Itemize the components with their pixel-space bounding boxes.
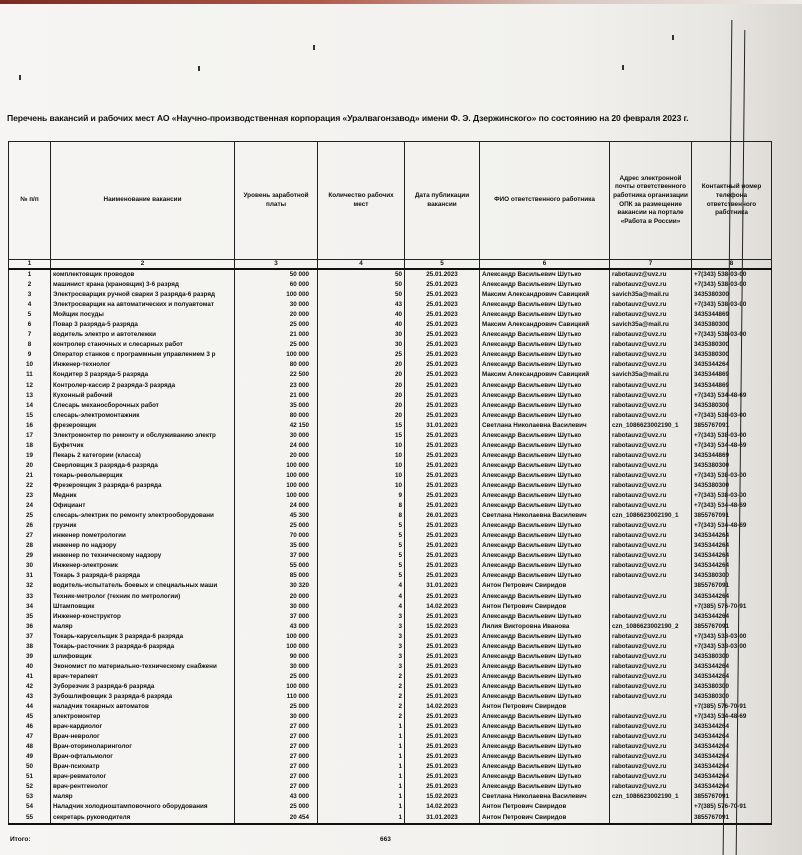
cell-salary: 24 000 (235, 501, 318, 511)
cell-phone: 3435344264 (692, 762, 772, 772)
cell-n: 3 (9, 290, 51, 300)
cell-n: 42 (9, 682, 51, 692)
cell-count: 1 (318, 772, 405, 782)
cell-date: 25.01.2023 (405, 762, 480, 772)
cell-salary: 27 000 (235, 772, 318, 782)
cell-n: 33 (9, 592, 51, 602)
cell-person: Александр Васильевич Шутько (480, 491, 610, 501)
cell-phone: 3435344264 (692, 360, 772, 370)
cell-date: 25.01.2023 (405, 551, 480, 561)
cell-email: rabotauvz@uvz.ru (610, 381, 692, 391)
cell-name: секретарь руководителя (51, 813, 235, 824)
cell-count: 50 (318, 280, 405, 290)
document-title: Перечень вакансий и рабочих мест АО «Нау… (7, 113, 802, 123)
cell-name: инженер по надзору (51, 541, 235, 551)
cell-count: 3 (318, 622, 405, 632)
cell-count: 1 (318, 792, 405, 802)
cell-phone: 3855767091 (692, 792, 772, 802)
cell-email: rabotauvz@uvz.ru (610, 632, 692, 642)
cell-salary: 100 000 (235, 290, 318, 300)
cell-phone: 3435380300 (692, 461, 772, 471)
cell-date: 25.01.2023 (405, 441, 480, 451)
cell-name: врач-ревматолог (51, 772, 235, 782)
cell-salary: 45 300 (235, 511, 318, 521)
cell-name: Токарь 3 разряда-6 разряда (51, 571, 235, 581)
cell-date: 25.01.2023 (405, 642, 480, 652)
cell-count: 10 (318, 451, 405, 461)
cell-salary: 70 000 (235, 531, 318, 541)
cell-email: rabotauvz@uvz.ru (610, 280, 692, 290)
column-number: 5 (405, 260, 480, 270)
cell-n: 17 (9, 431, 51, 441)
cell-name: комплектовщик проводов (51, 269, 235, 280)
cell-n: 54 (9, 802, 51, 812)
cell-email: rabotauvz@uvz.ru (610, 491, 692, 501)
cell-person: Александр Васильевич Шутько (480, 632, 610, 642)
cell-n: 7 (9, 330, 51, 340)
cell-phone: 3855767091 (692, 511, 772, 521)
cell-phone: 3435344264 (692, 742, 772, 752)
cell-salary: 30 000 (235, 602, 318, 612)
cell-salary: 100 000 (235, 461, 318, 471)
cell-person: Лилия Викторовна Иванова (480, 622, 610, 632)
cell-email: rabotauvz@uvz.ru (610, 541, 692, 551)
cell-email: czn_1086623002190_1 (610, 421, 692, 431)
column-header: № п/п (9, 142, 51, 260)
cell-email: rabotauvz@uvz.ru (610, 592, 692, 602)
cell-phone: 3435380300 (692, 350, 772, 360)
column-header: Количество рабочих мест (318, 142, 405, 260)
cell-person: Александр Васильевич Шутько (480, 451, 610, 461)
cell-date: 25.01.2023 (405, 471, 480, 481)
cell-person: Александр Васильевич Шутько (480, 612, 610, 622)
column-number-row: 1 2 3 4 5 6 7 8 (9, 260, 772, 270)
cell-n: 41 (9, 672, 51, 682)
cell-n: 1 (9, 269, 51, 280)
cell-person: Александр Васильевич Шутько (480, 391, 610, 401)
cell-count: 40 (318, 320, 405, 330)
cell-email (610, 581, 692, 591)
cell-phone: 3855767091 (692, 813, 772, 824)
cell-count: 20 (318, 381, 405, 391)
cell-name: Повар 3 разряда-5 разряда (51, 320, 235, 330)
cell-n: 19 (9, 451, 51, 461)
cell-date: 25.01.2023 (405, 742, 480, 752)
table-row: 7водитель электро и автотележки21 000302… (9, 330, 772, 340)
cell-date: 25.01.2023 (405, 752, 480, 762)
cell-person: Александр Васильевич Шутько (480, 350, 610, 360)
cell-n: 5 (9, 310, 51, 320)
cell-n: 44 (9, 702, 51, 712)
cell-n: 49 (9, 752, 51, 762)
column-number: 6 (480, 260, 610, 270)
cell-person: Александр Васильевич Шутько (480, 772, 610, 782)
cell-phone: +7(343) 534-48-69 (692, 712, 772, 722)
cell-phone: +7(343) 538-03-00 (692, 471, 772, 481)
cell-name: Электросварщик ручной сварки 3 разряда-6… (51, 290, 235, 300)
cell-n: 6 (9, 320, 51, 330)
cell-phone: 3435344264 (692, 782, 772, 792)
cell-date: 25.01.2023 (405, 310, 480, 320)
cell-email: czn_1086623002190_1 (610, 792, 692, 802)
cell-phone: 3435380300 (692, 571, 772, 581)
cell-count: 8 (318, 511, 405, 521)
cell-count: 1 (318, 732, 405, 742)
cell-email: rabotauvz@uvz.ru (610, 451, 692, 461)
cell-salary: 27 000 (235, 732, 318, 742)
cell-name: наладчик токарных автоматов (51, 702, 235, 712)
cell-salary: 100 000 (235, 491, 318, 501)
cell-phone: +7(343) 534-48-69 (692, 521, 772, 531)
cell-n: 27 (9, 531, 51, 541)
cell-name: водитель электро и автотележки (51, 330, 235, 340)
cell-salary: 20 000 (235, 592, 318, 602)
cell-date: 25.01.2023 (405, 381, 480, 391)
cell-email: rabotauvz@uvz.ru (610, 471, 692, 481)
cell-count: 1 (318, 752, 405, 762)
cell-person: Александр Васильевич Шутько (480, 541, 610, 551)
cell-person: Александр Васильевич Шутько (480, 551, 610, 561)
cell-date: 25.01.2023 (405, 672, 480, 682)
cell-person: Александр Васильевич Шутько (480, 742, 610, 752)
cell-name: инженер по техническому надзору (51, 551, 235, 561)
cell-date: 25.01.2023 (405, 269, 480, 280)
cell-email: rabotauvz@uvz.ru (610, 391, 692, 401)
table-row: 26грузчик25 000525.01.2023Александр Васи… (9, 521, 772, 531)
column-header: Дата публикации вакансии (405, 142, 480, 260)
scan-speck (313, 45, 315, 50)
cell-name: электромонтер (51, 712, 235, 722)
cell-salary: 27 000 (235, 722, 318, 732)
cell-date: 25.01.2023 (405, 652, 480, 662)
cell-n: 25 (9, 511, 51, 521)
table-row: 10Инженер-технолог80 0002025.01.2023Алек… (9, 360, 772, 370)
cell-n: 18 (9, 441, 51, 451)
cell-person: Александр Васильевич Шутько (480, 531, 610, 541)
cell-count: 1 (318, 722, 405, 732)
cell-count: 5 (318, 561, 405, 571)
cell-person: Максим Александрович Савицкий (480, 320, 610, 330)
cell-date: 25.01.2023 (405, 360, 480, 370)
cell-count: 20 (318, 360, 405, 370)
cell-email: savich35a@mail.ru (610, 370, 692, 380)
column-header: ФИО ответственного работника (480, 142, 610, 260)
scan-speck (198, 66, 200, 71)
table-row: 23Медник100 000925.01.2023Александр Васи… (9, 491, 772, 501)
cell-email: rabotauvz@uvz.ru (610, 662, 692, 672)
cell-date: 25.01.2023 (405, 612, 480, 622)
cell-date: 25.01.2023 (405, 571, 480, 581)
table-row: 41врач-терапевт25 000225.01.2023Александ… (9, 672, 772, 682)
cell-person: Антон Петрович Свиридов (480, 702, 610, 712)
table-header-row: № п/п Наименование вакансии Уровень зара… (9, 142, 772, 260)
cell-salary: 21 000 (235, 330, 318, 340)
cell-n: 14 (9, 401, 51, 411)
cell-phone: 3435344264 (692, 541, 772, 551)
cell-n: 30 (9, 561, 51, 571)
cell-person: Антон Петрович Свиридов (480, 581, 610, 591)
cell-count: 43 (318, 300, 405, 310)
cell-email: rabotauvz@uvz.ru (610, 401, 692, 411)
cell-person: Александр Васильевич Шутько (480, 471, 610, 481)
cell-n: 38 (9, 642, 51, 652)
table-row: 24Официант24 000825.01.2023Александр Вас… (9, 501, 772, 511)
cell-salary: 80 000 (235, 360, 318, 370)
cell-n: 11 (9, 370, 51, 380)
cell-count: 1 (318, 762, 405, 772)
cell-count: 1 (318, 802, 405, 812)
cell-salary: 100 000 (235, 632, 318, 642)
cell-email: rabotauvz@uvz.ru (610, 742, 692, 752)
table-row: 5Мойщик посуды20 0004025.01.2023Александ… (9, 310, 772, 320)
table-row: 21токарь-револьверщик100 0001025.01.2023… (9, 471, 772, 481)
cell-person: Александр Васильевич Шутько (480, 692, 610, 702)
cell-n: 35 (9, 612, 51, 622)
cell-name: фрезеровщик (51, 421, 235, 431)
cell-phone: 3435380300 (692, 401, 772, 411)
cell-email (610, 602, 692, 612)
cell-email: rabotauvz@uvz.ru (610, 612, 692, 622)
cell-person: Александр Васильевич Шутько (480, 782, 610, 792)
cell-n: 23 (9, 491, 51, 501)
table-row: 25слесарь-электрик по ремонту электрообо… (9, 511, 772, 521)
table-row: 9Оператор станков с программным управлен… (9, 350, 772, 360)
cell-email (610, 702, 692, 712)
cell-email: rabotauvz@uvz.ru (610, 571, 692, 581)
cell-salary: 27 000 (235, 762, 318, 772)
cell-date: 14.02.2023 (405, 802, 480, 812)
column-header: Контактный номер телефона ответственного… (692, 142, 772, 260)
cell-n: 13 (9, 391, 51, 401)
cell-date: 25.01.2023 (405, 350, 480, 360)
cell-date: 25.01.2023 (405, 592, 480, 602)
table-row: 16фрезеровщик42 1501531.01.2023Светлана … (9, 421, 772, 431)
cell-email: rabotauvz@uvz.ru (610, 682, 692, 692)
cell-count: 4 (318, 581, 405, 591)
cell-date: 25.01.2023 (405, 682, 480, 692)
cell-n: 4 (9, 300, 51, 310)
column-number: 3 (235, 260, 318, 270)
cell-person: Александр Васильевич Шутько (480, 722, 610, 732)
cell-phone: 3435344264 (692, 662, 772, 672)
cell-phone: 3435380300 (692, 340, 772, 350)
cell-person: Александр Васильевич Шутько (480, 652, 610, 662)
cell-email: rabotauvz@uvz.ru (610, 722, 692, 732)
cell-salary: 25 000 (235, 672, 318, 682)
cell-phone: 3435380300 (692, 692, 772, 702)
cell-name: машинист крана (крановщик) 3-6 разряд (51, 280, 235, 290)
cell-email: rabotauvz@uvz.ru (610, 561, 692, 571)
cell-name: Врач-офтальмолог (51, 752, 235, 762)
cell-name: контролер станочных и слесарных работ (51, 340, 235, 350)
cell-name: Штамповщик (51, 602, 235, 612)
cell-count: 9 (318, 491, 405, 501)
cell-name: маляр (51, 622, 235, 632)
cell-date: 25.01.2023 (405, 451, 480, 461)
cell-n: 40 (9, 662, 51, 672)
table-row: 19Пекарь 2 категории (класса)20 0001025.… (9, 451, 772, 461)
cell-n: 53 (9, 792, 51, 802)
cell-name: грузчик (51, 521, 235, 531)
cell-n: 8 (9, 340, 51, 350)
cell-person: Александр Васильевич Шутько (480, 401, 610, 411)
cell-date: 25.01.2023 (405, 370, 480, 380)
cell-name: Официант (51, 501, 235, 511)
cell-date: 25.01.2023 (405, 692, 480, 702)
cell-phone: 3435344264 (692, 722, 772, 732)
cell-phone: +7(343) 538-03-00 (692, 642, 772, 652)
cell-email: rabotauvz@uvz.ru (610, 461, 692, 471)
cell-phone: +7(343) 538-03-00 (692, 491, 772, 501)
page-edge (0, 0, 802, 4)
table-row: 37Токарь-карусельщик 3 разряда-6 разряда… (9, 632, 772, 642)
cell-salary: 80 000 (235, 411, 318, 421)
total-value: 663 (380, 836, 391, 843)
cell-count: 1 (318, 742, 405, 752)
cell-n: 26 (9, 521, 51, 531)
cell-salary: 25 000 (235, 802, 318, 812)
cell-person: Антон Петрович Свиридов (480, 802, 610, 812)
cell-date: 25.01.2023 (405, 461, 480, 471)
cell-salary: 85 000 (235, 571, 318, 581)
cell-name: Токарь-карусельщик 3 разряда-6 разряда (51, 632, 235, 642)
cell-phone: 3435380300 (692, 682, 772, 692)
cell-phone: 3435344869 (692, 381, 772, 391)
cell-person: Александр Васильевич Шутько (480, 280, 610, 290)
cell-salary: 21 000 (235, 391, 318, 401)
table-row: 51врач-ревматолог27 000125.01.2023Алекса… (9, 772, 772, 782)
cell-date: 14.02.2023 (405, 602, 480, 612)
table-row: 13Кухонный рабочий21 0002025.01.2023Алек… (9, 391, 772, 401)
table-row: 52врач-рентгенолог27 000125.01.2023Алекс… (9, 782, 772, 792)
cell-n: 55 (9, 813, 51, 824)
cell-count: 5 (318, 551, 405, 561)
cell-email: savich35a@mail.ru (610, 290, 692, 300)
cell-person: Максим Александрович Савицкий (480, 290, 610, 300)
cell-phone: +7(343) 538-03-00 (692, 300, 772, 310)
cell-date: 31.01.2023 (405, 813, 480, 824)
cell-n: 34 (9, 602, 51, 612)
cell-phone: +7(343) 538-03-00 (692, 330, 772, 340)
column-number: 2 (51, 260, 235, 270)
cell-email: rabotauvz@uvz.ru (610, 481, 692, 491)
table-row: 14Слесарь механосборочных работ35 000202… (9, 401, 772, 411)
cell-phone: 3435344264 (692, 732, 772, 742)
cell-email: czn_1086623002190_1 (610, 511, 692, 521)
table-row: 20Сверловщик 3 разряда-6 разряда100 0001… (9, 461, 772, 471)
cell-date: 15.02.2023 (405, 622, 480, 632)
cell-phone: +7(343) 538-03-00 (692, 280, 772, 290)
table-row: 39шлифовщик90 000325.01.2023Александр Ва… (9, 652, 772, 662)
cell-email: rabotauvz@uvz.ru (610, 360, 692, 370)
cell-name: Мойщик посуды (51, 310, 235, 320)
cell-n: 51 (9, 772, 51, 782)
column-number: 7 (610, 260, 692, 270)
column-number: 8 (692, 260, 772, 270)
cell-salary: 43 000 (235, 622, 318, 632)
cell-name: Зубошлифовщик 3 разряда-6 разряда (51, 692, 235, 702)
cell-date: 25.01.2023 (405, 772, 480, 782)
table-row: 53маляр43 000115.02.2023Светлана Николае… (9, 792, 772, 802)
cell-salary: 27 000 (235, 752, 318, 762)
cell-phone: +7(343) 534-48-69 (692, 391, 772, 401)
table-row: 40Экономист по материально-техническому … (9, 662, 772, 672)
cell-n: 9 (9, 350, 51, 360)
cell-salary: 30 000 (235, 300, 318, 310)
cell-count: 5 (318, 571, 405, 581)
cell-n: 37 (9, 632, 51, 642)
cell-count: 3 (318, 642, 405, 652)
cell-phone: 3435344264 (692, 752, 772, 762)
table-row: 22Фрезеровщик 3 разряда-6 разряда100 000… (9, 481, 772, 491)
cell-person: Александр Васильевич Шутько (480, 269, 610, 280)
cell-phone: +7(385) 576-70-91 (692, 802, 772, 812)
cell-phone: +7(343) 534-48-69 (692, 501, 772, 511)
table-row: 31Токарь 3 разряда-6 разряда85 000525.01… (9, 571, 772, 581)
cell-date: 25.01.2023 (405, 431, 480, 441)
cell-name: Буфетчик (51, 441, 235, 451)
cell-date: 31.01.2023 (405, 421, 480, 431)
cell-person: Антон Петрович Свиридов (480, 813, 610, 824)
cell-name: водитель-испытатель боевых и специальных… (51, 581, 235, 591)
table-row: 15слесарь-электромонтажник80 0002025.01.… (9, 411, 772, 421)
table-body: 1комплектовщик проводов50 0005025.01.202… (9, 269, 772, 824)
cell-name: Кондитер 3 разряда-5 разряда (51, 370, 235, 380)
table-row: 49Врач-офтальмолог27 000125.01.2023Алекс… (9, 752, 772, 762)
cell-phone: +7(343) 534-48-69 (692, 441, 772, 451)
cell-count: 25 (318, 350, 405, 360)
cell-salary: 100 000 (235, 350, 318, 360)
cell-salary: 25 000 (235, 340, 318, 350)
cell-date: 25.01.2023 (405, 401, 480, 411)
cell-email: rabotauvz@uvz.ru (610, 411, 692, 421)
cell-date: 25.01.2023 (405, 411, 480, 421)
cell-n: 2 (9, 280, 51, 290)
cell-name: слесарь-электромонтажник (51, 411, 235, 421)
cell-name: Экономист по материально-техническому сн… (51, 662, 235, 672)
cell-name: маляр (51, 792, 235, 802)
cell-email (610, 802, 692, 812)
scan-speck (622, 65, 624, 70)
cell-phone: 3855767091 (692, 581, 772, 591)
cell-date: 25.01.2023 (405, 531, 480, 541)
cell-person: Александр Васильевич Шутько (480, 752, 610, 762)
cell-n: 47 (9, 732, 51, 742)
cell-phone: 3855767091 (692, 421, 772, 431)
cell-name: Электромонтер по ремонту и обслуживанию … (51, 431, 235, 441)
table-row: 43Зубошлифовщик 3 разряда-6 разряда110 0… (9, 692, 772, 702)
cell-name: Врач-психиатр (51, 762, 235, 772)
table-row: 4Электросварщик на автоматических и полу… (9, 300, 772, 310)
cell-name: Токарь-расточник 3 разряда-6 разряда (51, 642, 235, 652)
scan-speck (672, 35, 674, 40)
cell-phone: 3435344264 (692, 561, 772, 571)
cell-phone: 3435380300 (692, 320, 772, 330)
cell-salary: 25 000 (235, 521, 318, 531)
cell-name: Инженер-электроник (51, 561, 235, 571)
table-row: 17Электромонтер по ремонту и обслуживани… (9, 431, 772, 441)
table-row: 34Штамповщик30 000414.02.2023Антон Петро… (9, 602, 772, 612)
cell-person: Александр Васильевич Шутько (480, 662, 610, 672)
cell-email: czn_1086623002190_2 (610, 622, 692, 632)
cell-count: 2 (318, 692, 405, 702)
cell-email: rabotauvz@uvz.ru (610, 772, 692, 782)
cell-date: 14.02.2023 (405, 702, 480, 712)
table-row: 46врач-кардиолог27 000125.01.2023Алексан… (9, 722, 772, 732)
cell-count: 3 (318, 662, 405, 672)
cell-n: 45 (9, 712, 51, 722)
vacancies-table: № п/п Наименование вакансии Уровень зара… (8, 141, 772, 825)
